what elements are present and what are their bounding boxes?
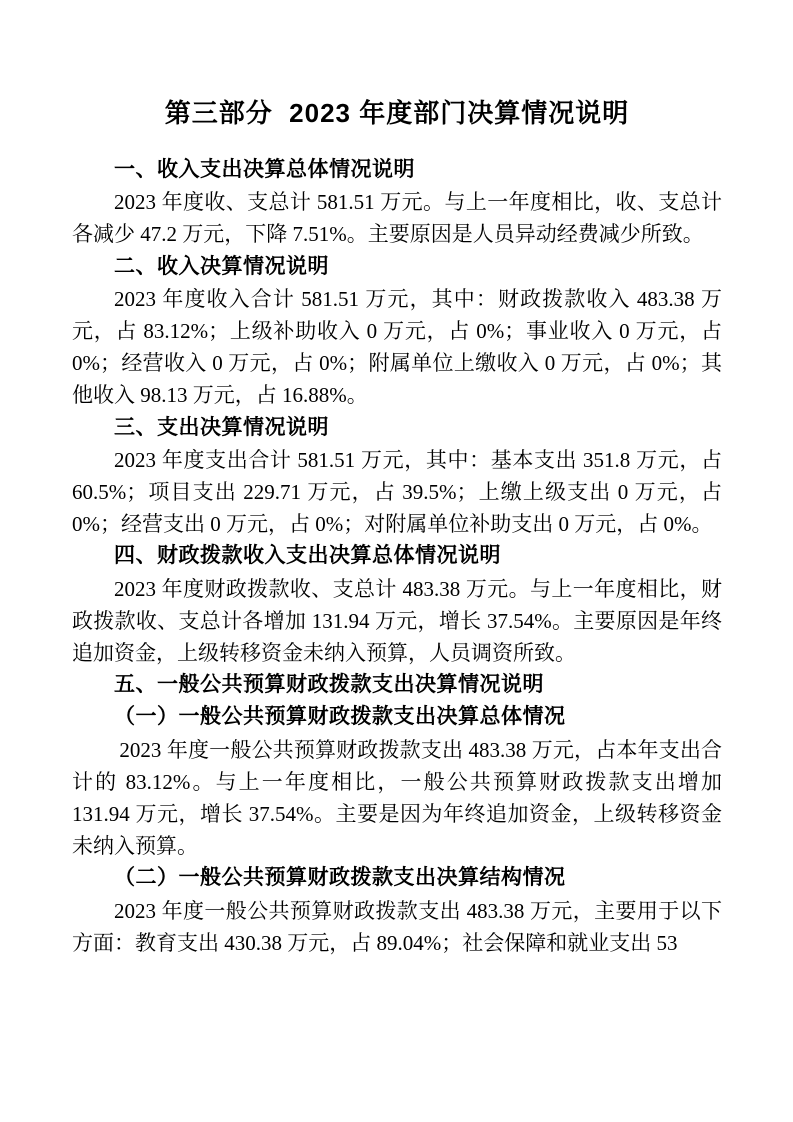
section-1-paragraph: 2023 年度收、支总计 581.51 万元。与上一年度相比，收、支总计各减少 … bbox=[72, 186, 722, 250]
section-2-heading: 二、收入决算情况说明 bbox=[72, 251, 722, 283]
section-1-heading: 一、收入支出决算总体情况说明 bbox=[72, 154, 722, 186]
section-2-paragraph: 2023 年度收入合计 581.51 万元，其中：财政拨款收入 483.38 万… bbox=[72, 283, 722, 412]
document-content: 第三部分 2023 年度部门决算情况说明 一、收入支出决算总体情况说明 2023… bbox=[0, 0, 793, 959]
document-title: 第三部分 2023 年度部门决算情况说明 bbox=[72, 96, 722, 130]
section-3-heading: 三、支出决算情况说明 bbox=[72, 412, 722, 444]
section-5-subsection-2-heading: （二）一般公共预算财政拨款支出决算结构情况 bbox=[72, 862, 722, 894]
section-5-subsection-2-paragraph: 2023 年度一般公共预算财政拨款支出 483.38 万元，主要用于以下方面：教… bbox=[72, 895, 722, 959]
section-5-subsection-1-paragraph: 2023 年度一般公共预算财政拨款支出 483.38 万元，占本年支出合计的 8… bbox=[72, 734, 722, 863]
section-4-heading: 四、财政拨款收入支出决算总体情况说明 bbox=[72, 540, 722, 572]
section-3-paragraph: 2023 年度支出合计 581.51 万元，其中：基本支出 351.8 万元，占… bbox=[72, 444, 722, 541]
section-4-paragraph: 2023 年度财政拨款收、支总计 483.38 万元。与上一年度相比，财政拨款收… bbox=[72, 573, 722, 670]
section-5-heading: 五、一般公共预算财政拨款支出决算情况说明 bbox=[72, 669, 722, 701]
section-5-subsection-1-heading: （一）一般公共预算财政拨款支出决算总体情况 bbox=[72, 701, 722, 733]
document-page: 第三部分 2023 年度部门决算情况说明 一、收入支出决算总体情况说明 2023… bbox=[0, 0, 793, 1122]
